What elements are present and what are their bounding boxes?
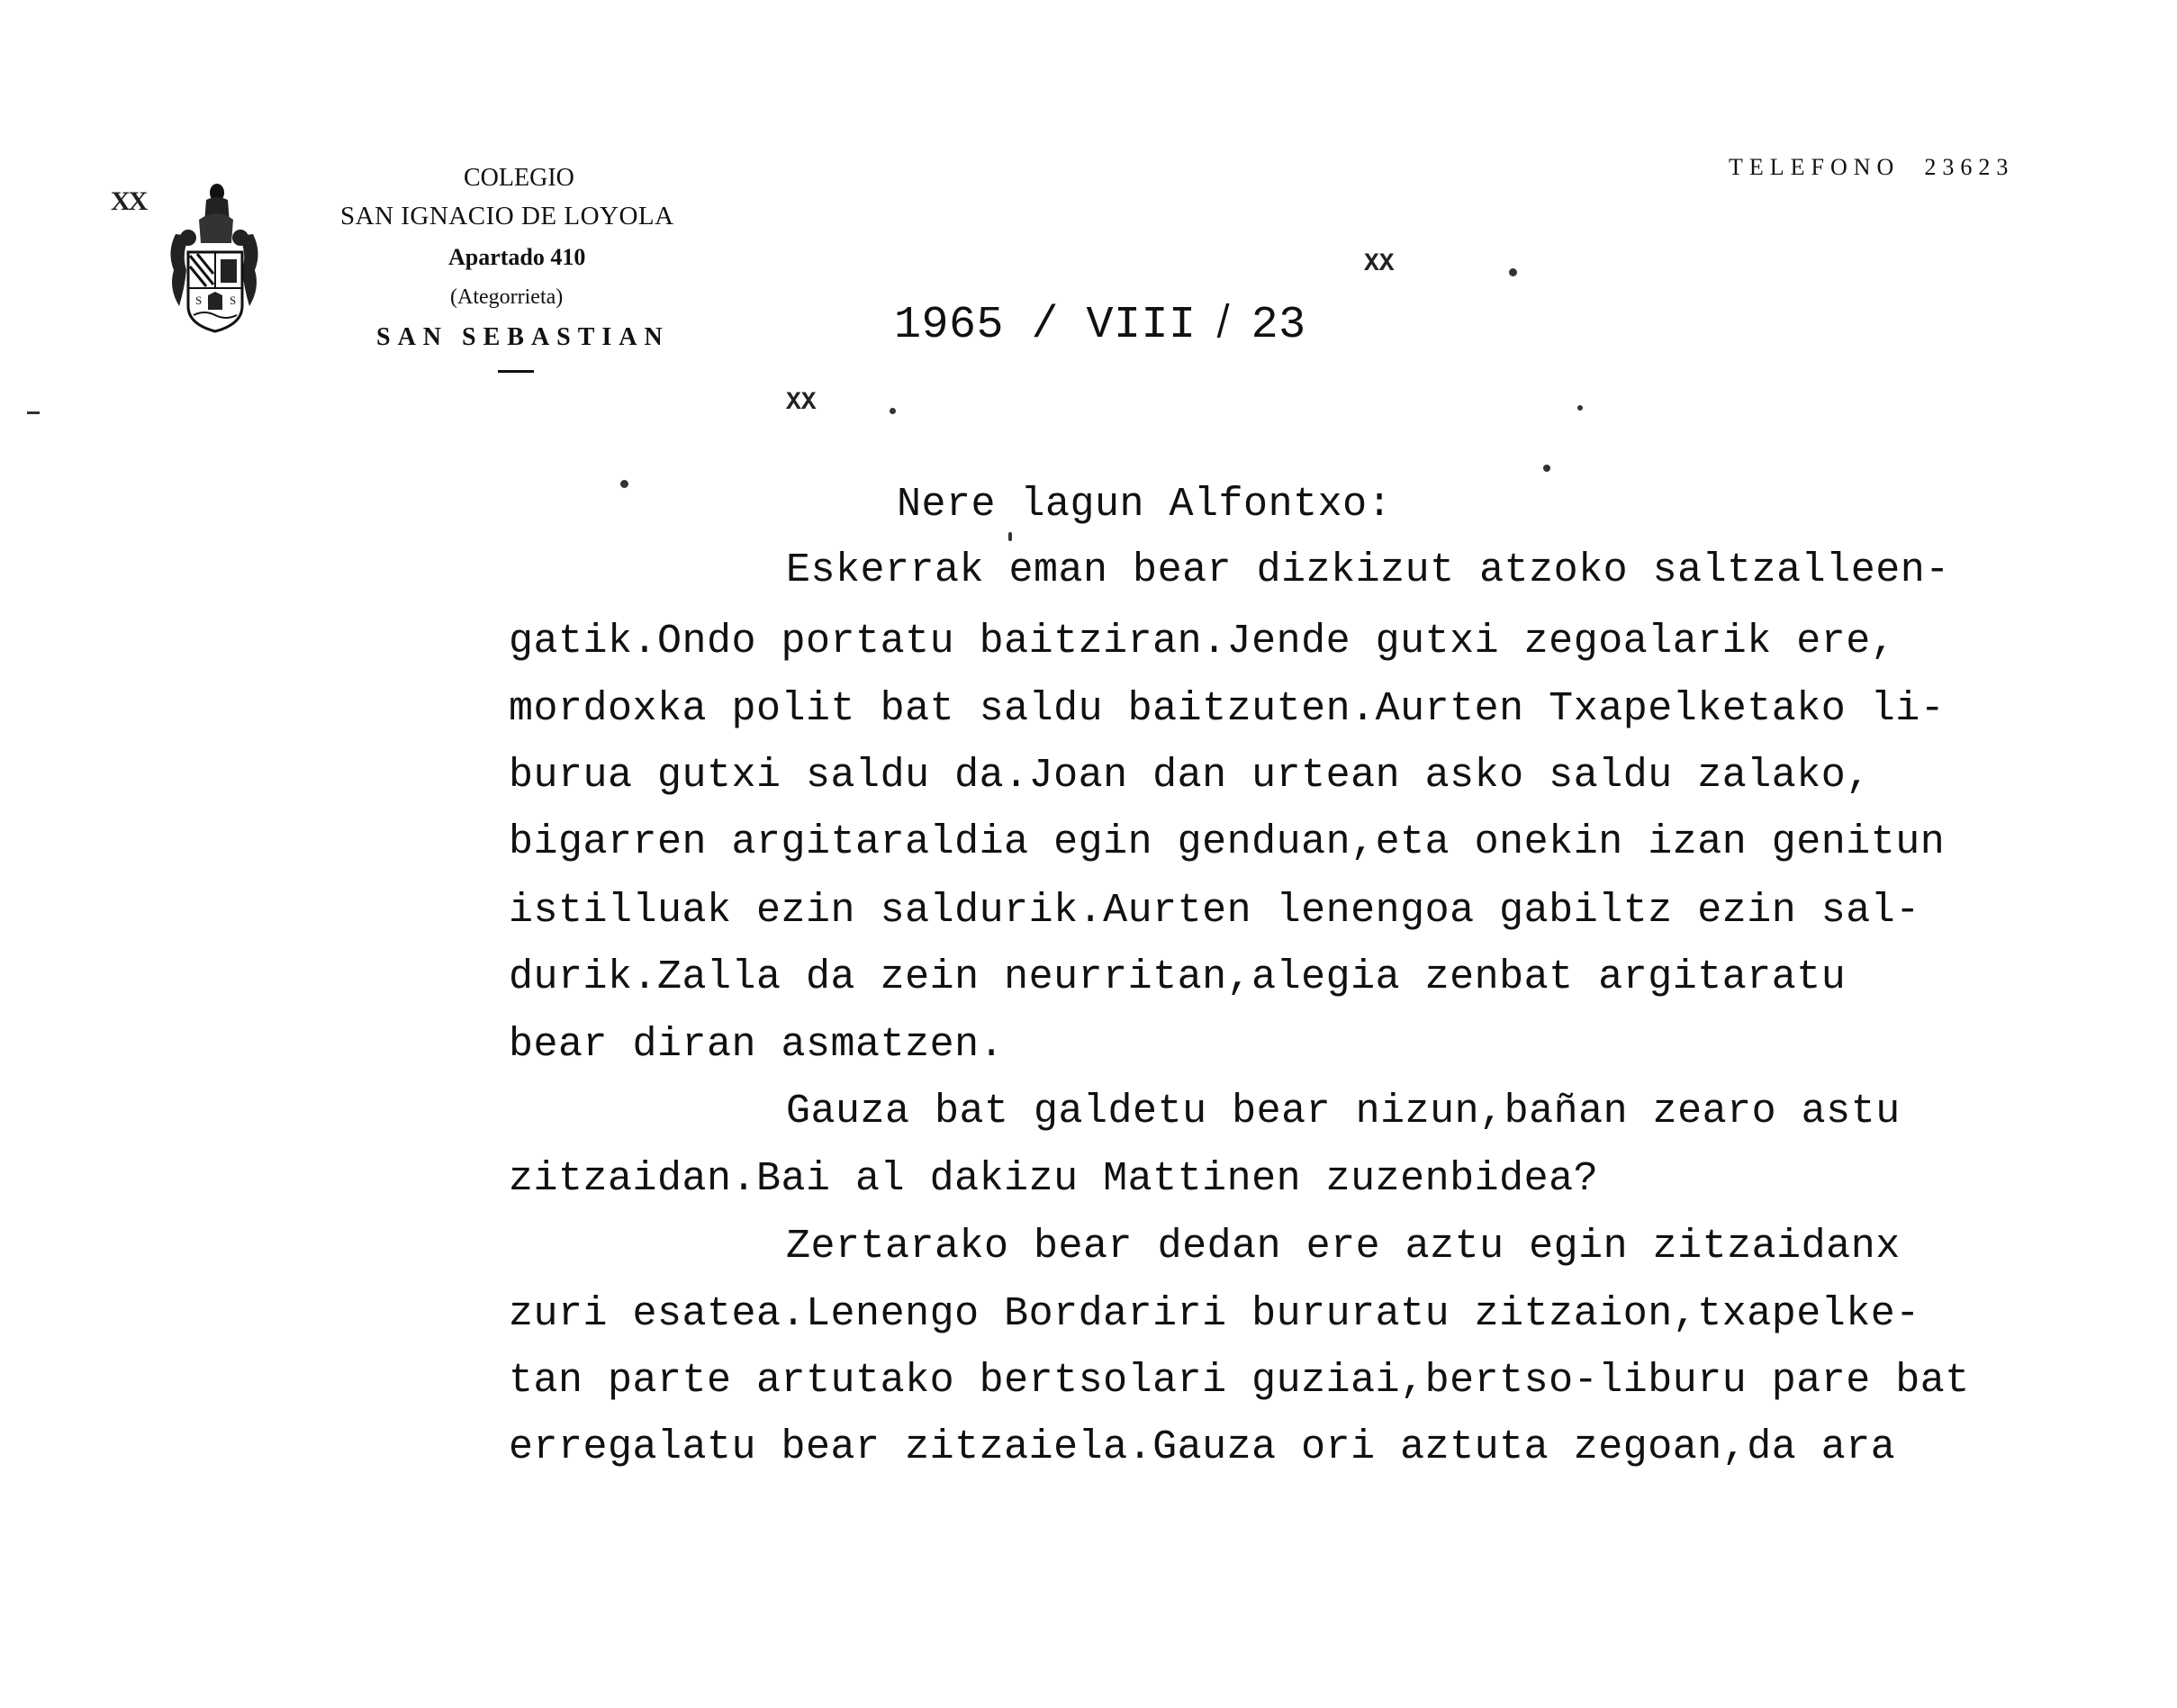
city: SAN SEBASTIAN [376,323,670,352]
letter-line: burua gutxi saldu da.Joan dan urtean ask… [509,755,1871,796]
letter-line: mordoxka polit bat saldu baitzuten.Aurte… [509,689,1945,729]
phone-label: TELEFONO [1729,154,1900,180]
letter-line: zitzaidan.Bai al dakizu Mattinen zuzenbi… [509,1159,1598,1199]
po-box: Apartado 410 [448,244,585,271]
letter-line: zuri esatea.Lenengo Bordariri bururatu z… [509,1294,1920,1334]
letter-line: bear diran asmatzen. [509,1025,1004,1065]
letter-date: 1965 / VIII ̸ 23 [894,303,1306,348]
letter-line: istilluak ezin saldurik.Aurten lenengoa … [509,890,1920,931]
letter-line: durik.Zalla da zein neurritan,alegia zen… [509,957,1846,998]
district: (Ategorrieta) [450,285,563,310]
coat-of-arms-icon: S S [167,180,262,333]
letter-line: Gauza bat galdetu bear nizun,bañan zearo… [786,1091,1901,1132]
letter-line: erregalatu bear zitzaiela.Gauza ori aztu… [509,1427,1895,1468]
letter-line: tan parte artutako bertsolari guziai,ber… [509,1360,1970,1401]
letter-line: bigarren argitaraldia egin genduan,eta o… [509,822,1945,863]
institution-name: SAN IGNACIO DE LOYOLA [340,202,674,231]
institution-label: COLEGIO [464,164,574,193]
stray-mark: XX [786,389,817,417]
letter-line: Zertarako bear dedan ere aztu egin zitza… [786,1226,1901,1267]
stray-mark: XX [1364,250,1395,278]
svg-text:S: S [230,294,236,307]
letterhead-divider [498,370,534,373]
letterhead-mark: XX [111,186,146,217]
phone: TELEFONO 23623 [1729,154,2014,181]
letter-line: Eskerrak eman bear dizkizut atzoko saltz… [786,550,1950,591]
letter-greeting: Nere lagun Alfontxo: [897,484,1392,525]
phone-number: 23623 [1924,154,2014,180]
svg-text:S: S [195,294,202,307]
letter-line: gatik.Ondo portatu baitziran.Jende gutxi… [509,621,1895,662]
